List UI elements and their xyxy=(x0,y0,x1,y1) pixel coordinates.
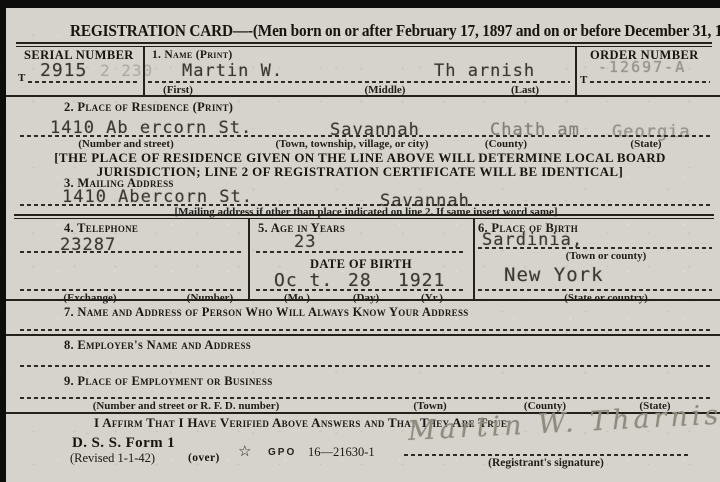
first-label: (First) xyxy=(163,84,193,96)
dob-year-value: 1921 xyxy=(398,270,445,291)
day-label: (Day) xyxy=(353,292,379,304)
section7-entry-line xyxy=(20,329,712,331)
section7-label: 7. Name and Address of Person Who Will A… xyxy=(64,305,469,320)
print-code: 16—21630-1 xyxy=(308,445,375,460)
mailing-double-rule xyxy=(14,214,714,219)
residence-city-label: (Town, township, village, or city) xyxy=(275,138,428,150)
row1-bottom-rule xyxy=(6,95,720,97)
name-last-value: Th arnish xyxy=(434,61,535,81)
title-rule-bottom xyxy=(16,46,712,47)
grid-divider-left xyxy=(248,218,250,300)
dob-entry-line xyxy=(256,289,466,291)
over-label: (over) xyxy=(188,452,220,464)
birth-town-line xyxy=(478,247,712,249)
serial-entry-line xyxy=(28,81,138,83)
name-field-label: 1. Name (Print) xyxy=(152,49,233,61)
middle-label: (Middle) xyxy=(365,84,406,96)
grid-divider-right xyxy=(473,218,475,300)
birth-state-line xyxy=(478,289,712,291)
section8-entry-line xyxy=(20,365,712,367)
month-label: (Mo.) xyxy=(284,292,310,304)
year-label: (Yr.) xyxy=(421,292,443,304)
dob-day-value: 28 xyxy=(348,270,372,291)
form-number: D. S. S. Form 1 xyxy=(72,435,175,452)
section9-street-label: (Number and street or R. F. D. number) xyxy=(93,400,280,412)
dob-month-value: Oc t. xyxy=(274,270,333,291)
birth-state-value: New York xyxy=(504,264,604,286)
order-entry-line xyxy=(590,81,710,83)
title-rule-top xyxy=(16,42,712,44)
card-title: REGISTRATION CARD—-(Men born on or after… xyxy=(70,21,720,41)
residence-section-label: 2. Place of Residence (Print) xyxy=(64,100,233,115)
serial-number-value: 2915 xyxy=(40,60,87,81)
telephone-entry-line xyxy=(20,251,242,253)
number-label: (Number) xyxy=(187,292,233,304)
form-revision: (Revised 1-1-42) xyxy=(70,451,155,466)
order-prefix: T xyxy=(580,74,587,86)
name-first-value: Martin W. xyxy=(182,61,283,81)
registration-card: REGISTRATION CARD—-(Men born on or after… xyxy=(6,8,720,482)
row1-divider-right xyxy=(575,46,577,96)
order-number-value: -12697-A xyxy=(598,58,686,76)
telephone-entry-line2 xyxy=(20,289,242,291)
section9-label: 9. Place of Employment or Business xyxy=(64,374,273,389)
name-entry-line xyxy=(148,81,570,83)
section8-label: 8. Employer's Name and Address xyxy=(64,338,251,353)
star-icon: ☆ xyxy=(238,442,251,461)
gpo-label: GPO xyxy=(268,447,296,458)
residence-state-label: (State) xyxy=(630,138,661,150)
residence-city-value: Savannah xyxy=(330,120,420,140)
section9-town-label: (Town) xyxy=(413,400,446,412)
birth-town-label: (Town or county) xyxy=(566,250,647,262)
telephone-label: 4. Telephone xyxy=(64,221,138,236)
residence-note-line2: JURISDICTION; LINE 2 OF REGISTRATION CER… xyxy=(97,164,623,180)
signature-label: (Registrant's signature) xyxy=(488,457,604,469)
birth-state-label: (State or country) xyxy=(564,292,648,304)
section7-rule xyxy=(6,334,720,336)
last-label: (Last) xyxy=(511,84,539,96)
serial-prefix: T xyxy=(18,72,25,84)
residence-county-label: (County) xyxy=(485,138,527,150)
signature-line xyxy=(404,454,688,456)
residence-street-label: (Number and street) xyxy=(78,138,174,150)
age-value: 23 xyxy=(294,232,316,252)
exchange-label: (Exchange) xyxy=(63,292,116,304)
section9-entry-line xyxy=(20,397,712,399)
residence-entry-line xyxy=(20,135,712,137)
residence-county-value: Chath am xyxy=(490,120,580,140)
serial-number-ghost: 2 230 xyxy=(100,61,153,80)
age-entry-line xyxy=(256,251,466,253)
